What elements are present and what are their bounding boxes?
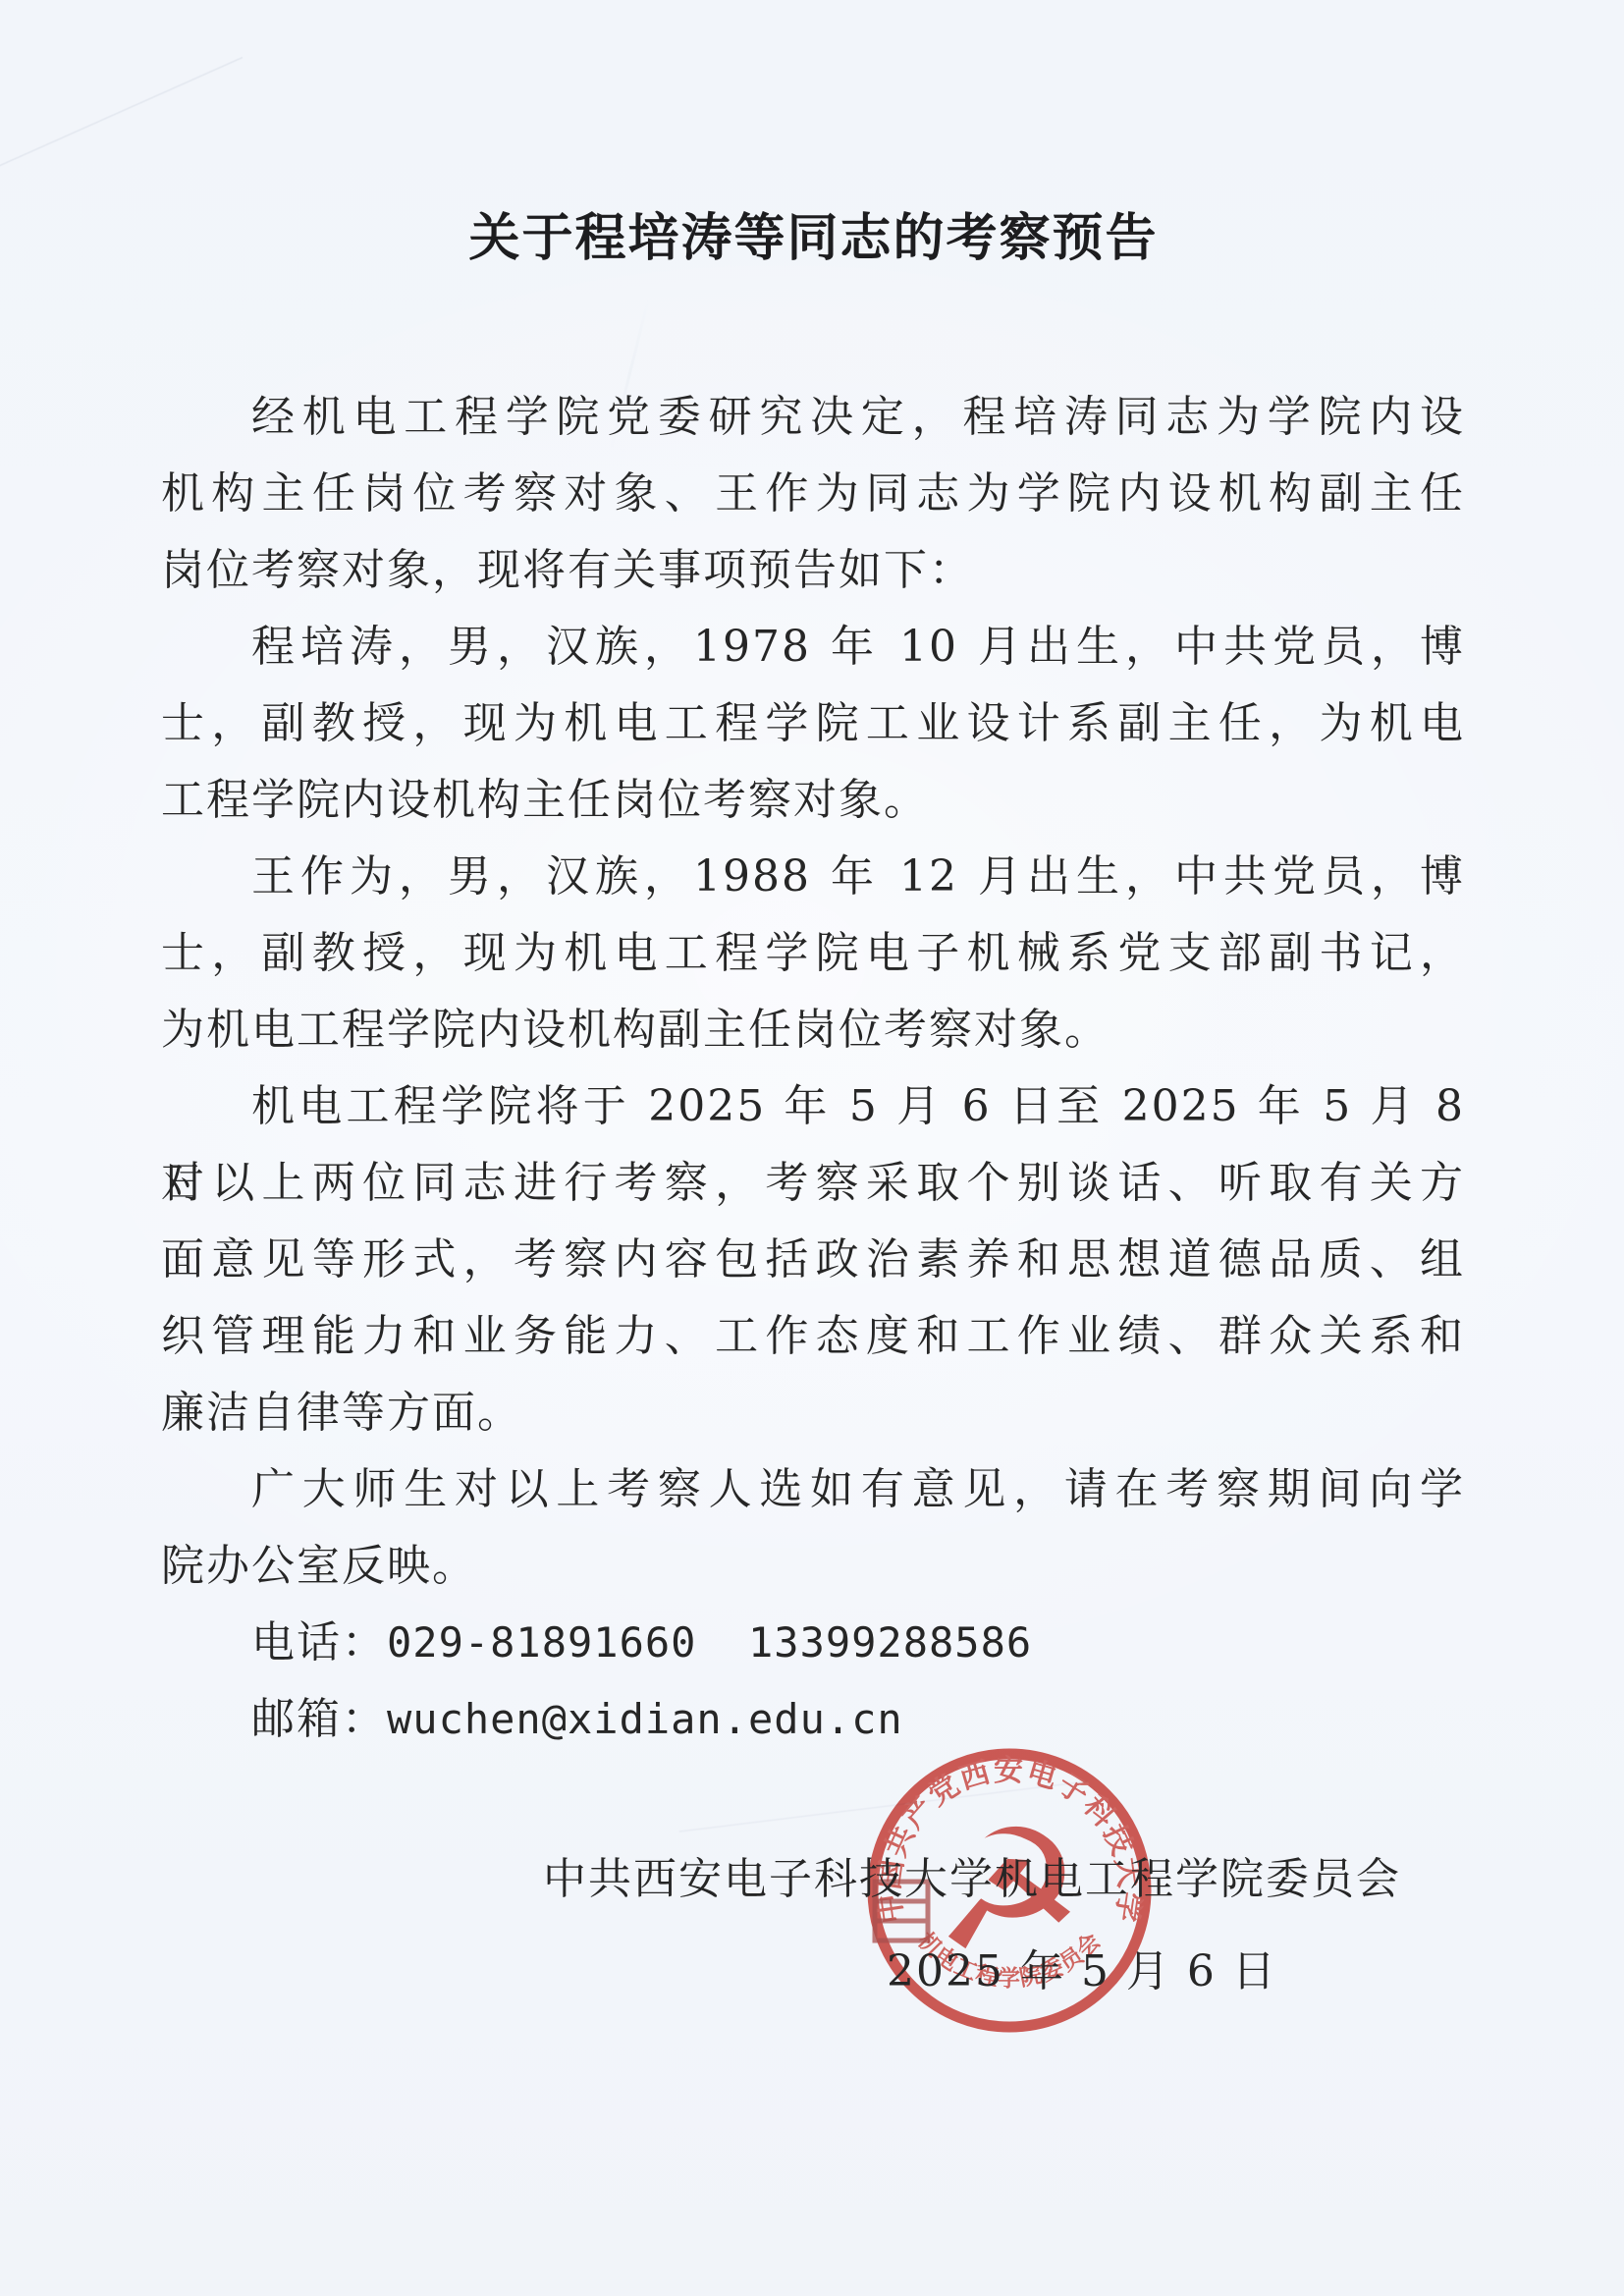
body-line: 织管理能力和业务能力、工作态度和工作业绩、群众关系和 [161, 1298, 1465, 1375]
phone-numbers: 029-81891660 13399288586 [387, 1618, 1032, 1667]
body-line: 为机电工程学院内设机构副主任岗位考察对象。 [161, 992, 1465, 1068]
body-line: 机电工程学院将于 2025 年 5 月 6 日至 2025 年 5 月 8 日 [161, 1068, 1465, 1145]
email-label: 邮箱： [251, 1694, 387, 1744]
phone-line: 电话：029-81891660 13399288586 [161, 1605, 1465, 1681]
body-line: 岗位考察对象，现将有关事项预告如下： [161, 532, 1465, 609]
body-line: 工程学院内设机构主任岗位考察对象。 [161, 762, 1465, 839]
scanned-notice-page: 关于程培涛等同志的考察预告 经机电工程学院党委研究决定，程培涛同志为学院内设 机… [0, 0, 1624, 2296]
body-line: 王作为，男，汉族，1988 年 12 月出生，中共党员，博 [161, 839, 1465, 915]
body-line: 机构主任岗位考察对象、王作为同志为学院内设机构副主任 [161, 456, 1465, 532]
body-line: 程培涛，男，汉族，1978 年 10 月出生，中共党员，博 [161, 609, 1465, 685]
body-line: 士，副教授，现为机电工程学院工业设计系副主任，为机电 [161, 685, 1465, 762]
email-address: wuchen@xidian.edu.cn [387, 1695, 903, 1743]
body-line: 面意见等形式，考察内容包括政治素养和思想道德品质、组 [161, 1222, 1465, 1298]
email-line: 邮箱：wuchen@xidian.edu.cn [161, 1681, 1465, 1758]
body-line: 院办公室反映。 [161, 1528, 1465, 1605]
body-line: 士，副教授，现为机电工程学院电子机械系党支部副书记， [161, 915, 1465, 992]
issue-date: 2025 年 5 月 6 日 [887, 1942, 1277, 2001]
paper-crease [0, 56, 244, 179]
body-line: 经机电工程学院党委研究决定，程培涛同志为学院内设 [161, 379, 1465, 456]
document-body: 经机电工程学院党委研究决定，程培涛同志为学院内设 机构主任岗位考察对象、王作为同… [161, 379, 1465, 1758]
issuing-committee-signature: 中共西安电子科技大学机电工程学院委员会 [543, 1850, 1401, 1909]
phone-label: 电话： [251, 1617, 387, 1667]
body-line: 对以上两位同志进行考察，考察采取个别谈话、听取有关方 [161, 1145, 1465, 1222]
body-line: 廉洁自律等方面。 [161, 1375, 1465, 1451]
document-title: 关于程培涛等同志的考察预告 [162, 196, 1465, 270]
body-line: 广大师生对以上考察人选如有意见，请在考察期间向学 [161, 1451, 1465, 1528]
